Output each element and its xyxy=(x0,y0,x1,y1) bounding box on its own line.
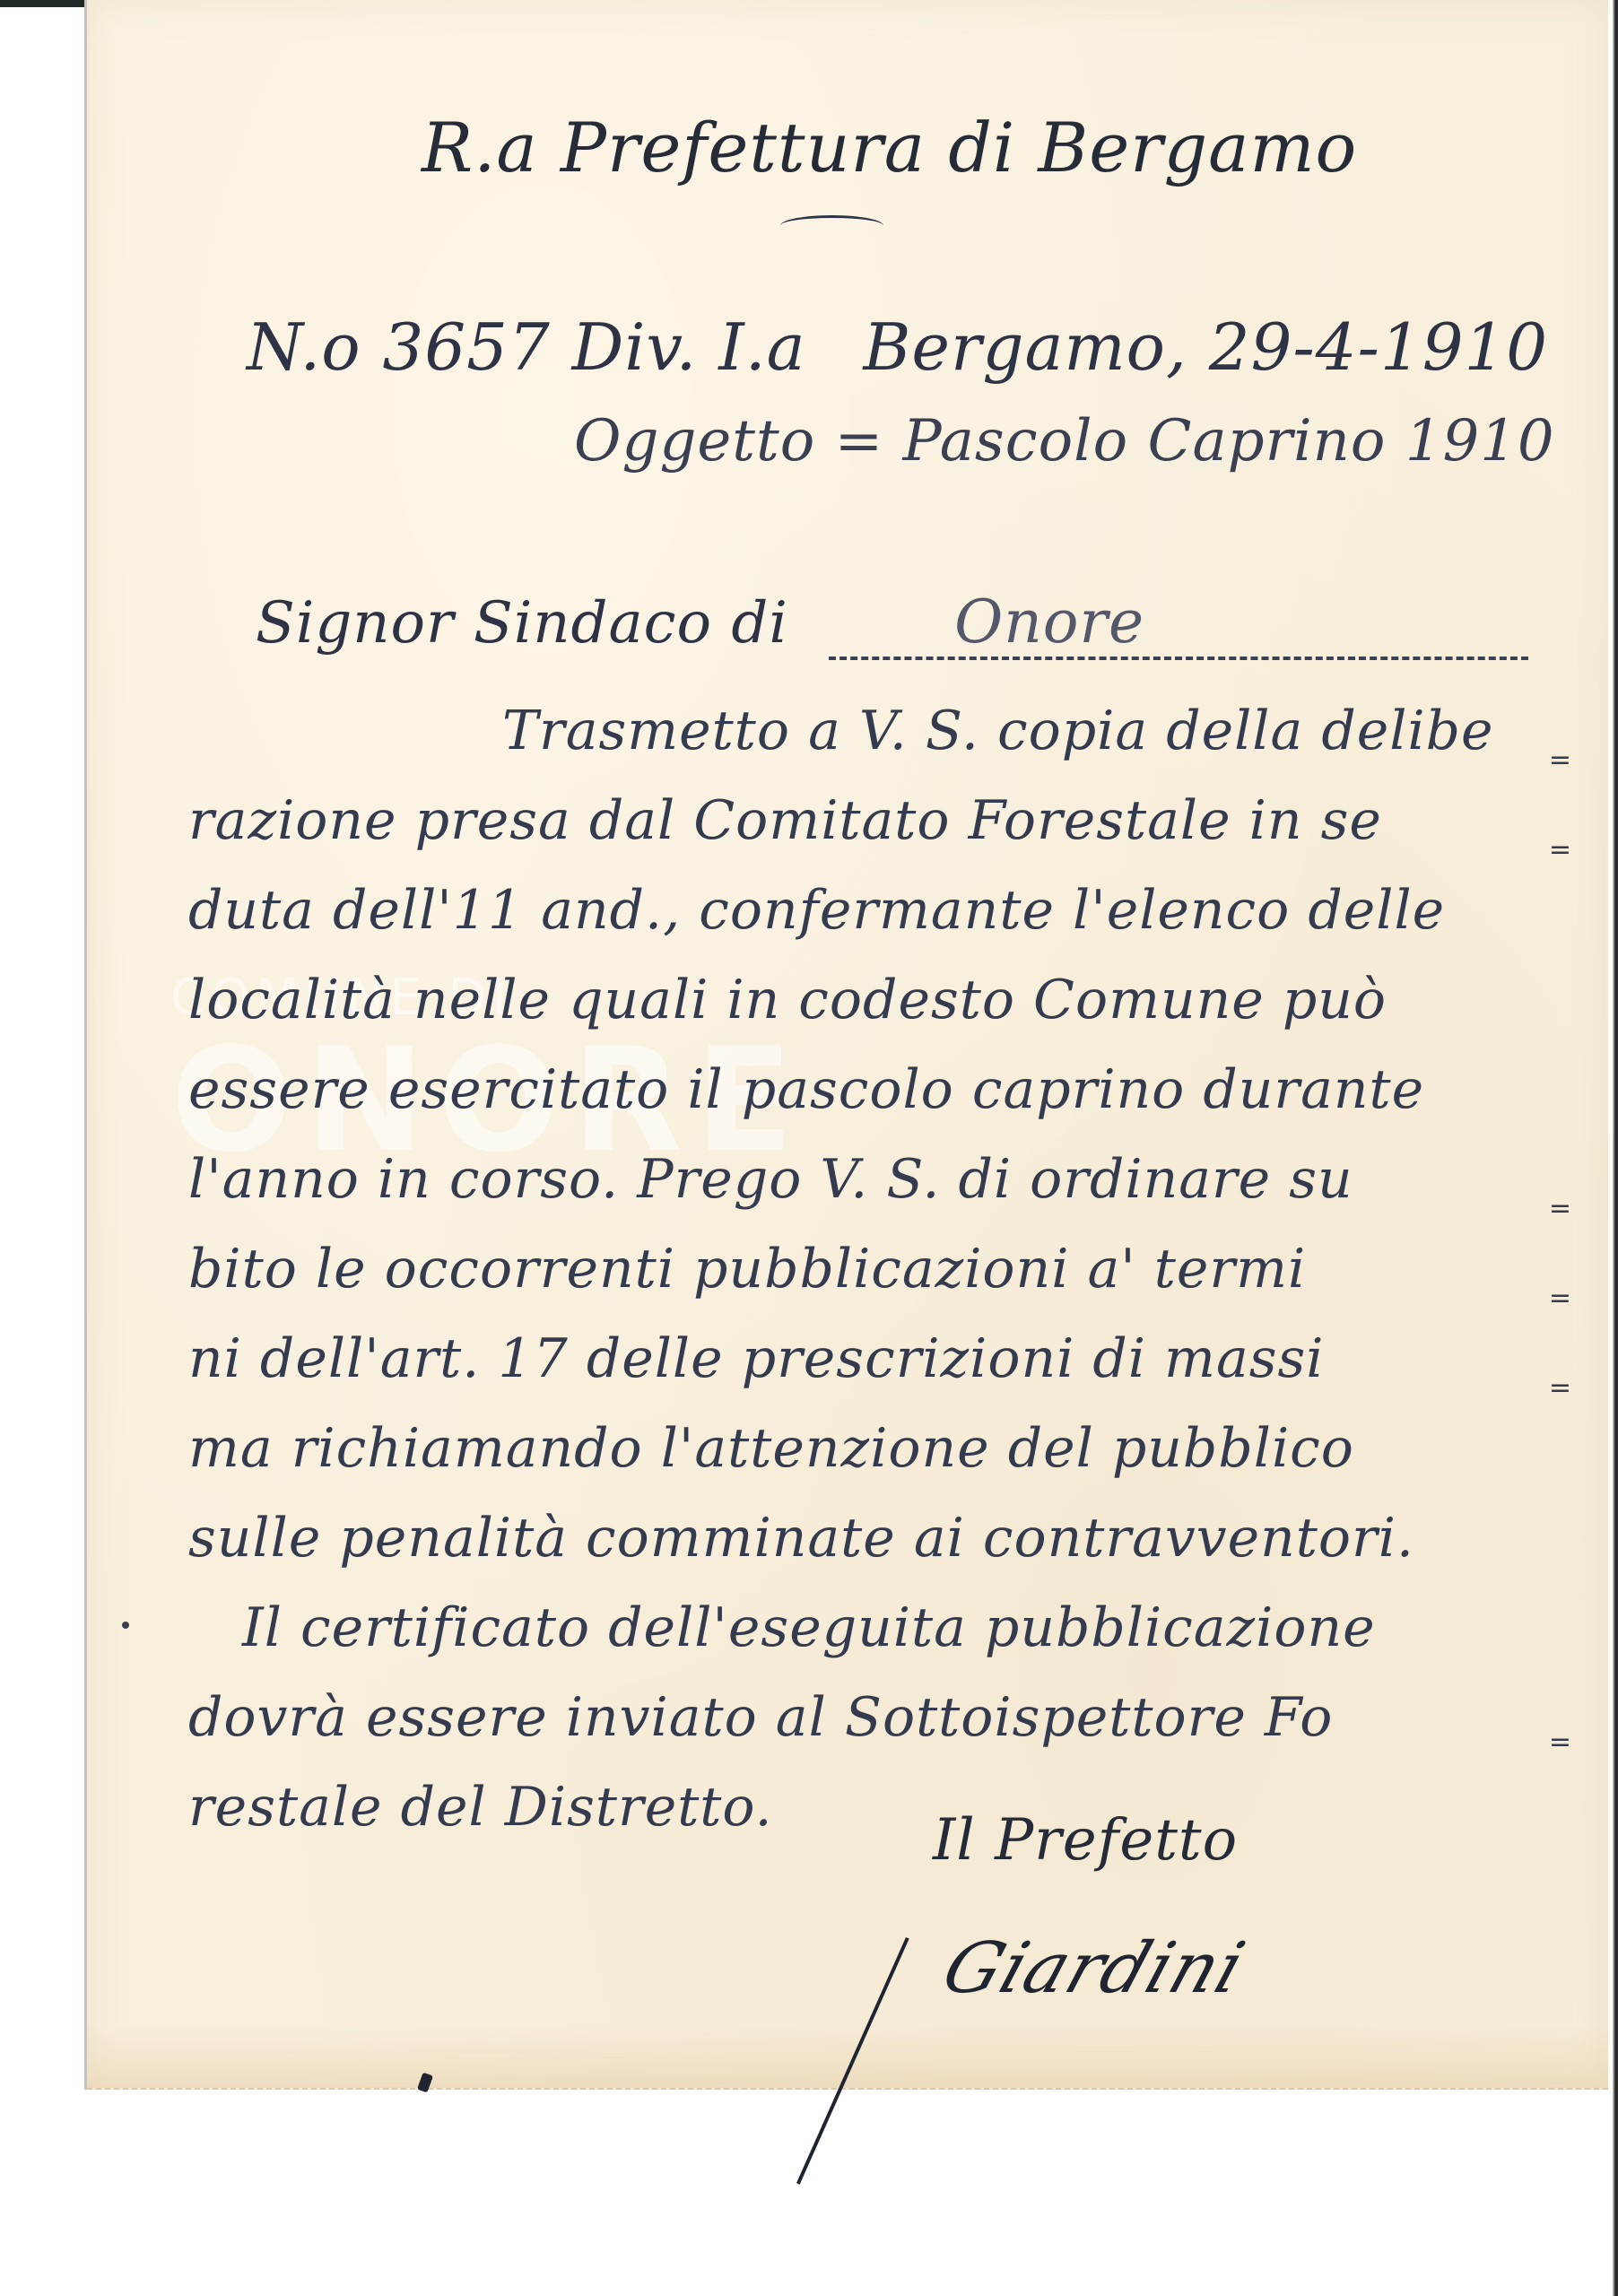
protocol-place-date: Bergamo, 29-4-1910 xyxy=(863,309,1548,385)
line-continuation-mark: = xyxy=(1549,1372,1571,1404)
line-continuation-mark: = xyxy=(1549,744,1571,776)
subject-line: Oggetto = Pascolo Caprino 1910 xyxy=(574,408,1555,474)
body-line: ma richiamando l'attenzione del pubblico xyxy=(188,1417,1354,1480)
letterhead-flourish xyxy=(780,215,883,236)
recipient-town-field: Onore xyxy=(829,587,1528,660)
subject-label: Oggetto xyxy=(574,408,815,474)
scan-edge-top xyxy=(0,0,90,7)
subject-separator: = xyxy=(835,408,884,474)
protocol-line: N.o 3657 Div. I.a Bergamo, 29-4-1910 xyxy=(247,309,1548,385)
signature: Giardini xyxy=(933,1928,1254,2009)
line-continuation-mark: = xyxy=(1549,1193,1571,1224)
body-line: essere esercitato il pascolo caprino dur… xyxy=(188,1058,1424,1121)
protocol-division: Div. I.a xyxy=(572,309,806,385)
line-continuation-mark: = xyxy=(1549,834,1571,865)
letterhead-title: R.a Prefettura di Bergamo xyxy=(422,108,1357,187)
protocol-number: N.o 3657 xyxy=(247,309,551,385)
body-line: dovrà essere inviato al Sottoispettore F… xyxy=(188,1686,1333,1749)
ink-dot xyxy=(122,1622,129,1629)
line-continuation-mark: = xyxy=(1549,1726,1571,1758)
body-line: razione presa dal Comitato Forestale in … xyxy=(188,789,1382,852)
subject-text: Pascolo Caprino 1910 xyxy=(903,408,1555,474)
body-line: sulle penalità comminate ai contravvento… xyxy=(188,1507,1414,1570)
body-line: duta dell'11 and., confermante l'elenco … xyxy=(188,879,1445,942)
body-line: ni dell'art. 17 delle prescrizioni di ma… xyxy=(188,1327,1325,1390)
line-continuation-mark: = xyxy=(1549,1283,1571,1314)
salutation-prefix: Signor Sindaco di xyxy=(256,590,788,657)
signatory-title: Il Prefetto xyxy=(933,1807,1238,1874)
body-line: bito le occorrenti pubblicazioni a' term… xyxy=(188,1238,1306,1300)
salutation: Signor Sindaco di Onore xyxy=(256,587,1528,660)
body-line: restale del Distretto. xyxy=(188,1776,773,1839)
body-line: Trasmetto a V. S. copia della delibe xyxy=(502,700,1494,762)
body-line: l'anno in corso. Prego V. S. di ordinare… xyxy=(188,1148,1353,1211)
scan-edge-right xyxy=(1613,0,1618,2296)
body-line: località nelle quali in codesto Comune p… xyxy=(188,969,1387,1031)
body-line: Il certificato dell'eseguita pubblicazio… xyxy=(242,1596,1376,1659)
